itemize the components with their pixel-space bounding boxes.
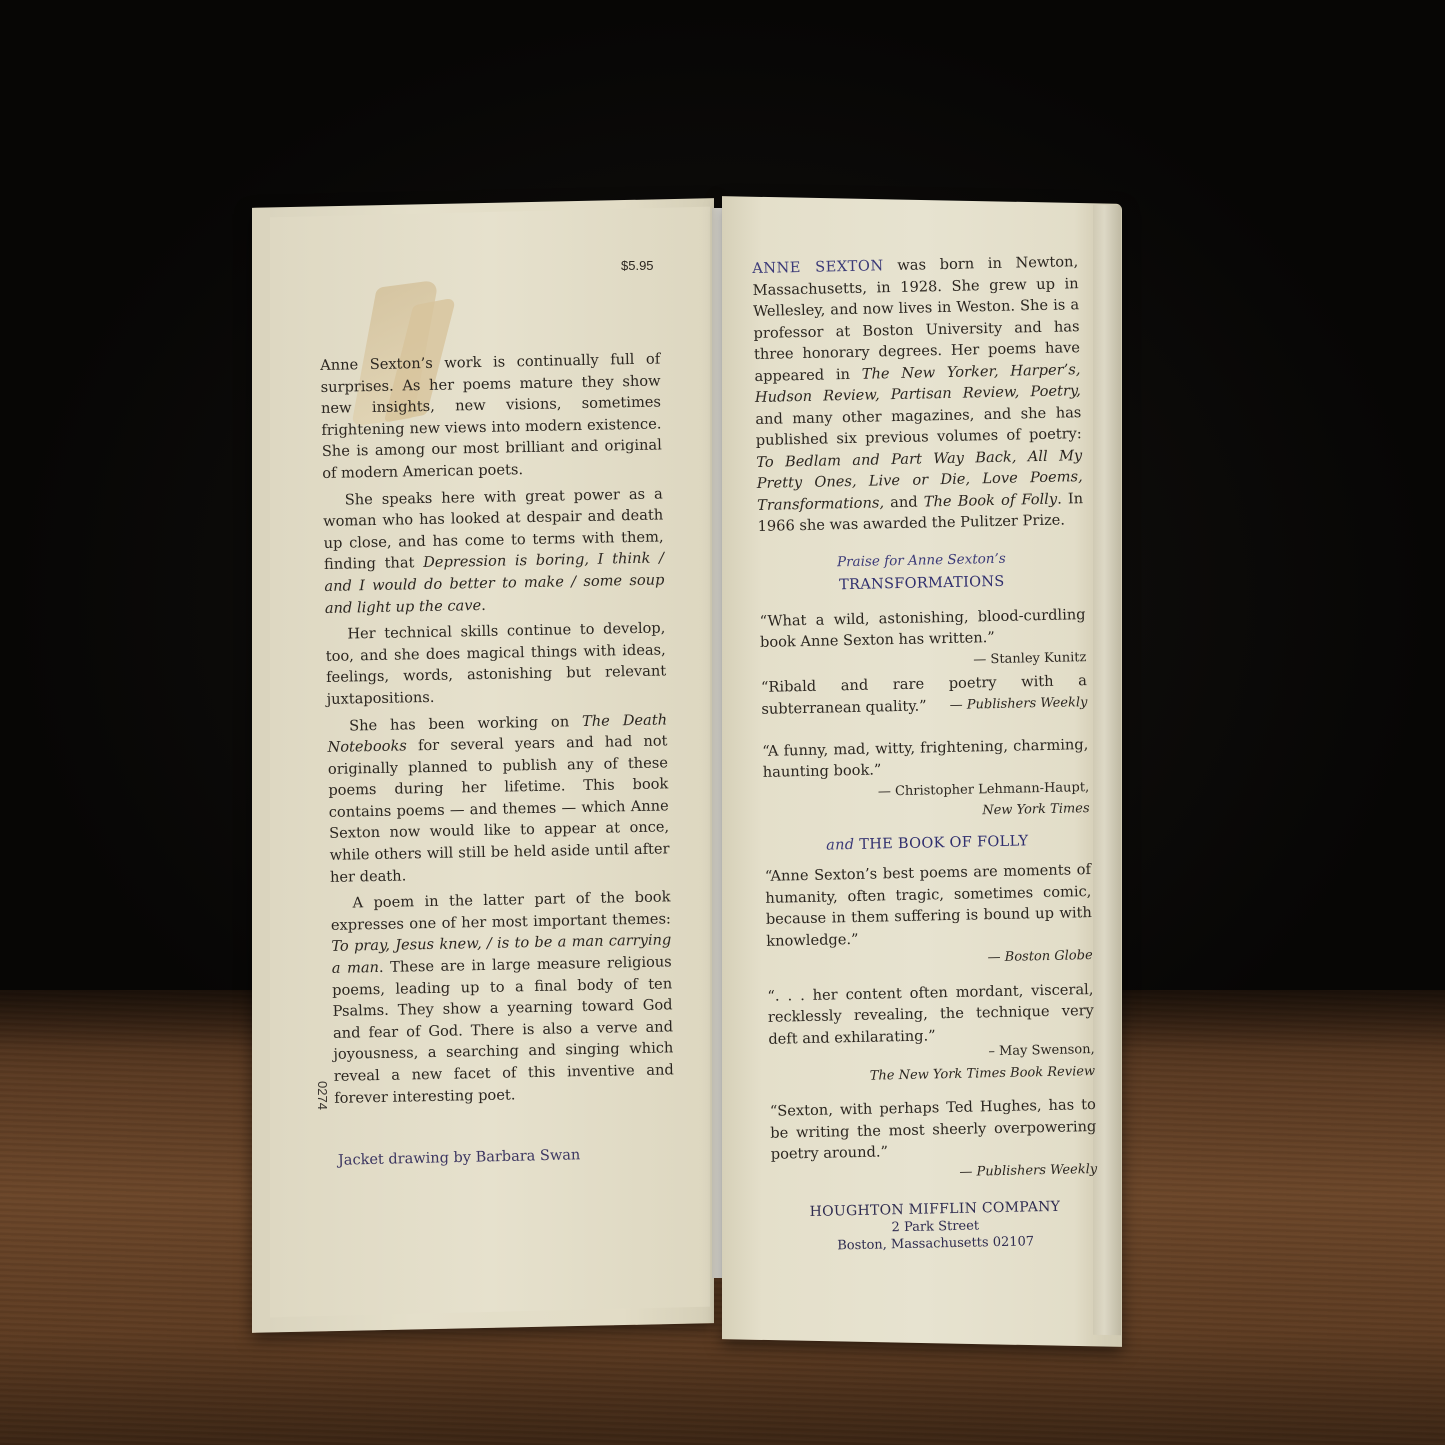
blurb-paragraph-5: A poem in the latter part of the book ex…: [330, 887, 674, 1109]
blurb-paragraph-3: Her technical skills continue to develop…: [325, 618, 667, 711]
review-quote: “A funny, mad, witty, frightening, charm…: [762, 734, 1090, 827]
review-quote: “What a wild, astonishing, blood-curdlin…: [759, 604, 1086, 675]
review-quote: “Ribald and rare poetry with a subterran…: [761, 670, 1088, 720]
left-flap-blurb: Anne Sexton’s work is continually full o…: [320, 348, 675, 1114]
sku-number: 0274: [315, 1081, 330, 1110]
blurb-paragraph-2: She speaks here with great power as a wo…: [323, 483, 665, 619]
publisher-imprint: HOUGHTON MIFFLIN COMPANY 2 Park Street B…: [772, 1198, 1099, 1256]
right-flap-content: ANNE SEXTON was born in Newton, Massachu…: [752, 251, 1099, 1256]
blurb-paragraph-4: She has been working on The Death Notebo…: [327, 709, 670, 888]
review-quote: “Anne Sexton’s best poems are moments of…: [765, 859, 1093, 973]
praise-heading-transformations: Praise for Anne Sexton’s TRANSFORMATIONS: [758, 547, 1085, 599]
author-name: ANNE SEXTON: [752, 257, 884, 277]
book-title: The Book of Folly: [924, 490, 1058, 510]
review-quote: “Sexton, with perhaps Ted Hughes, has to…: [770, 1094, 1098, 1187]
price-label: $5.95: [621, 258, 654, 273]
blurb-paragraph-1: Anne Sexton’s work is continually full o…: [320, 348, 662, 484]
right-flap-fold-edge: [1093, 205, 1121, 1336]
review-quote: “. . . her content often mordant, viscer…: [767, 979, 1095, 1089]
author-bio: ANNE SEXTON was born in Newton, Massachu…: [752, 251, 1084, 537]
praise-heading-book-of-folly: and THE BOOK OF FOLLY: [764, 830, 1090, 858]
